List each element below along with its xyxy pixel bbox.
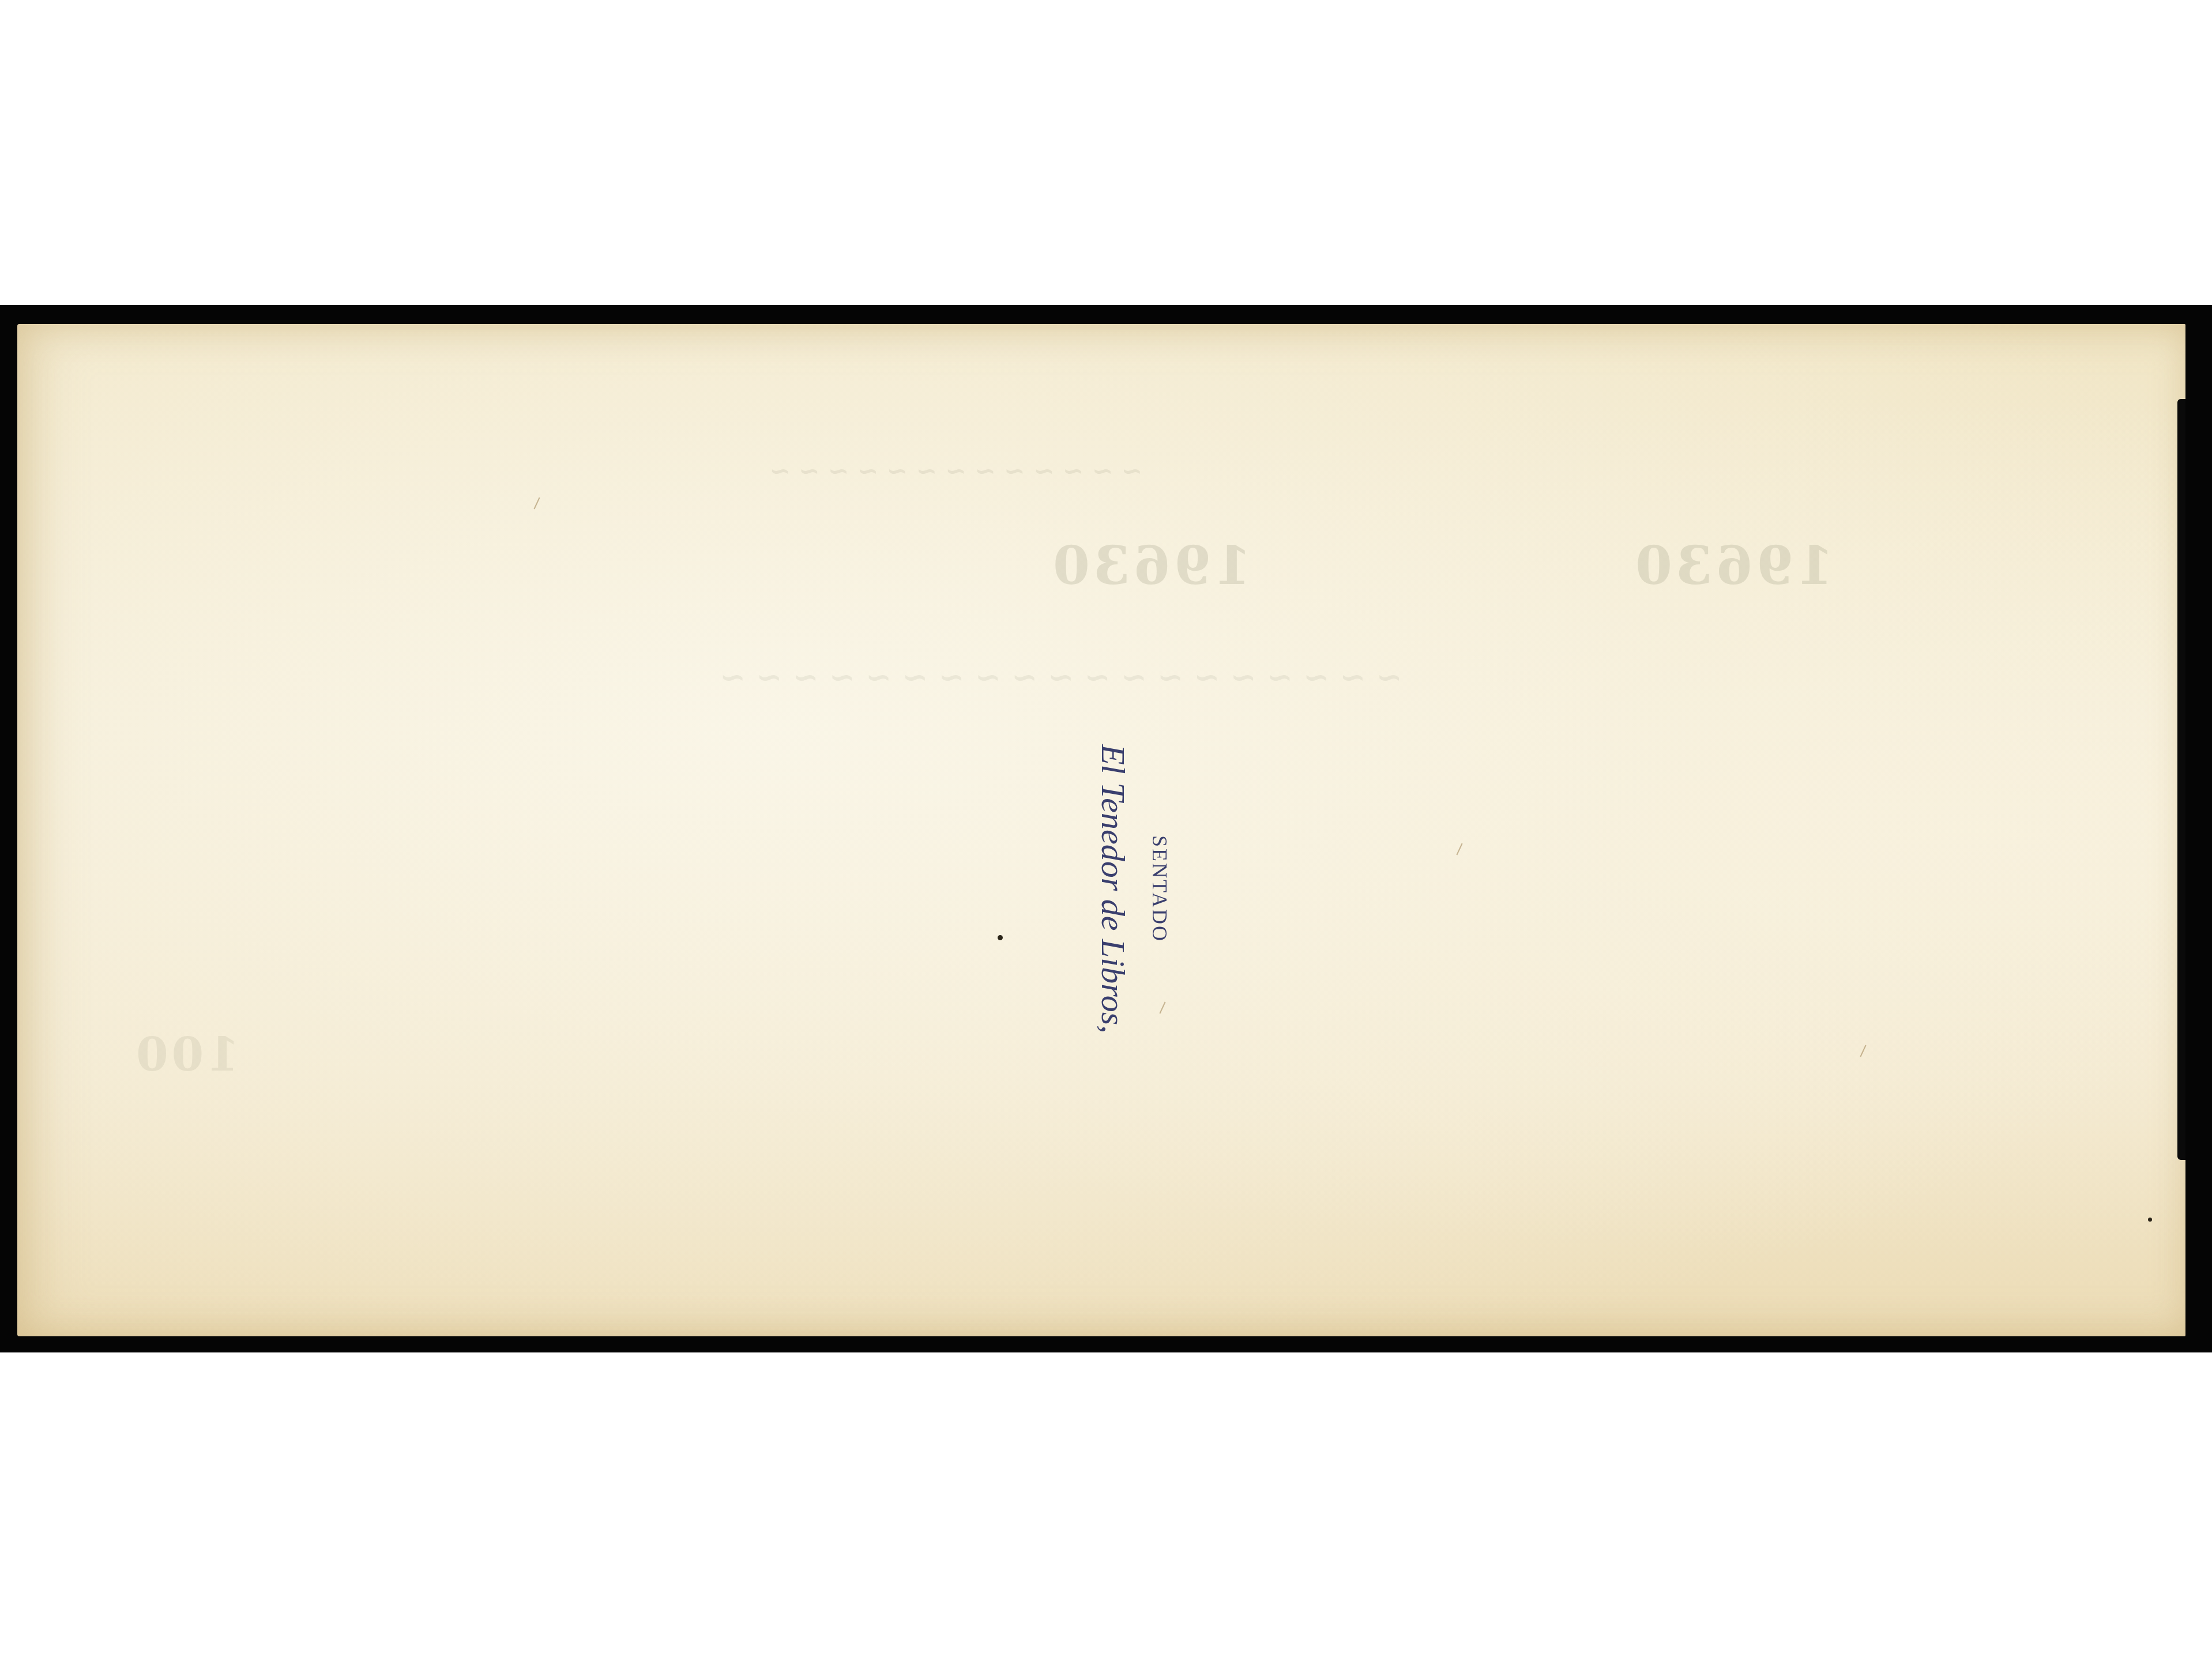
ink-speck [998,935,1003,940]
show-through-serial-number-right: 19630 [1632,534,1834,597]
black-background-frame: ~~~~~~~~~~~~~ 19630 19630 ~~~~~~~~~~~~~~… [0,305,2212,1352]
ink-speck [2148,1218,2152,1222]
show-through-partial-number: 100 [133,1027,239,1082]
stamp-title: SENTADO [1149,744,1170,1034]
sentado-stamp: SENTADO El Tenedor de Libros, [1064,670,1202,1108]
show-through-serial-number: 19630 [1049,534,1251,597]
torn-edge [2177,399,2185,1160]
show-through-header-text: ~~~~~~~~~~~~~ [761,457,1142,486]
banknote-paper: ~~~~~~~~~~~~~ 19630 19630 ~~~~~~~~~~~~~~… [17,324,2185,1336]
paper-fiber [1860,1045,1866,1057]
paper-fiber [1456,843,1462,856]
paper-fiber [533,498,540,510]
show-through-text-row: ~~~~~~~~~~~~~~~~~~~ [709,658,1402,695]
stamp-signature-line: El Tenedor de Libros, [1096,744,1130,1034]
